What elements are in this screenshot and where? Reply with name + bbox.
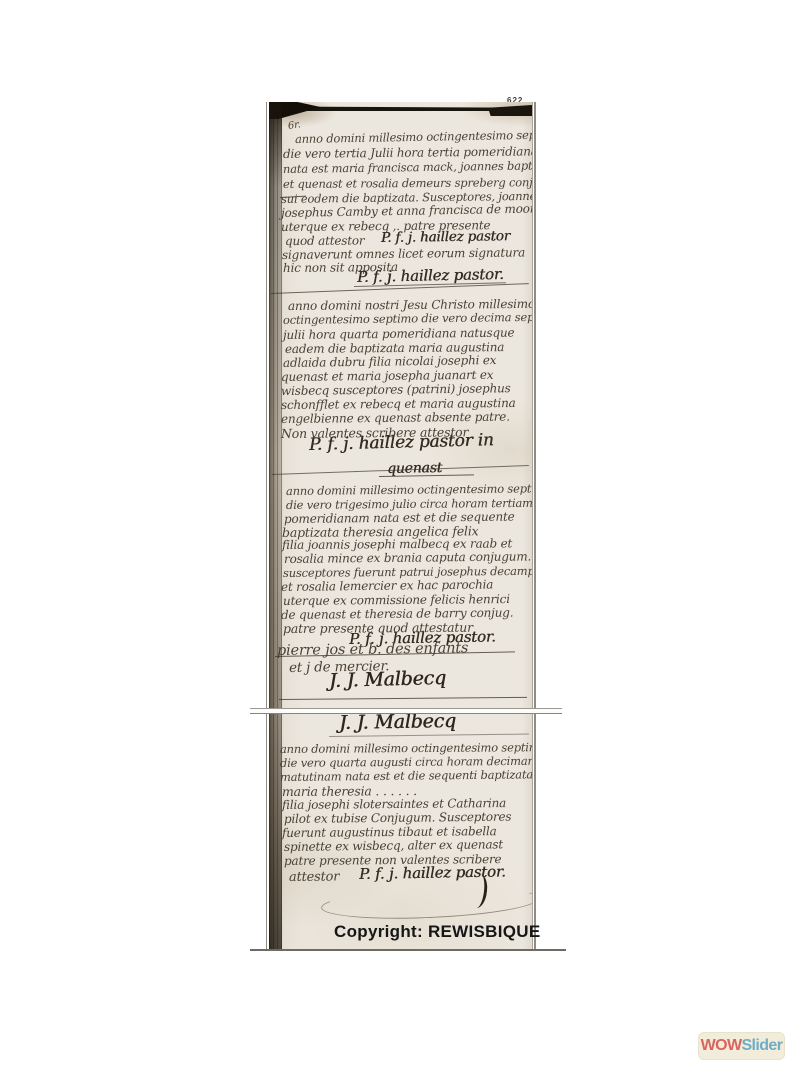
signature-line: J. J. Malbecq	[329, 667, 446, 692]
signature-line: P. f. j. haillez pastor.	[359, 862, 506, 883]
ink-rule	[279, 697, 527, 700]
wowslider-wow-label: WOW	[701, 1033, 742, 1059]
handwritten-line: quod attestor	[285, 234, 364, 248]
wowslider-slider-label: Slider	[741, 1033, 782, 1059]
handwritten-line: anno domini millesimo octingentesimo sep…	[295, 127, 533, 146]
signature-flourish-oval	[320, 883, 533, 922]
copyright-overlay: Copyright: REWISBIQUE	[334, 921, 541, 943]
wowslider-watermark[interactable]: WOWSlider	[698, 1032, 785, 1060]
handwritten-line: matutinam nata est et die sequenti bapti…	[280, 767, 533, 784]
ink-rule	[329, 734, 529, 737]
handwritten-line: nata est maria francisca mack, joannes b…	[283, 158, 533, 176]
handwritten-line: octingentesimo septimo die vero decima s…	[283, 310, 533, 327]
handwritten-line: 6r.	[287, 119, 301, 132]
ink-rule	[379, 474, 474, 477]
scan-right-border-line	[534, 102, 536, 951]
scan-corner-top-right	[488, 105, 532, 116]
scan-bottom-edge-line	[250, 949, 566, 951]
handwritten-line: attestor	[289, 869, 339, 885]
handwritten-line: signaverunt omnes licet eorum signatura	[282, 245, 525, 262]
signature-line: P. f. j. haillez pastor in	[309, 430, 494, 455]
page: { "overlay": { "copyright": "Copyright: …	[0, 0, 800, 1067]
signature-line: P. f. j. haillez pastor	[381, 228, 510, 246]
scan-left-border-line	[266, 102, 267, 951]
handwritten-line: engelbienne ex quenast absente patre.	[281, 410, 510, 426]
scan-seam	[250, 708, 562, 714]
scanned-register-image[interactable]: 6r.anno domini millesimo octingentesimo …	[269, 102, 533, 951]
